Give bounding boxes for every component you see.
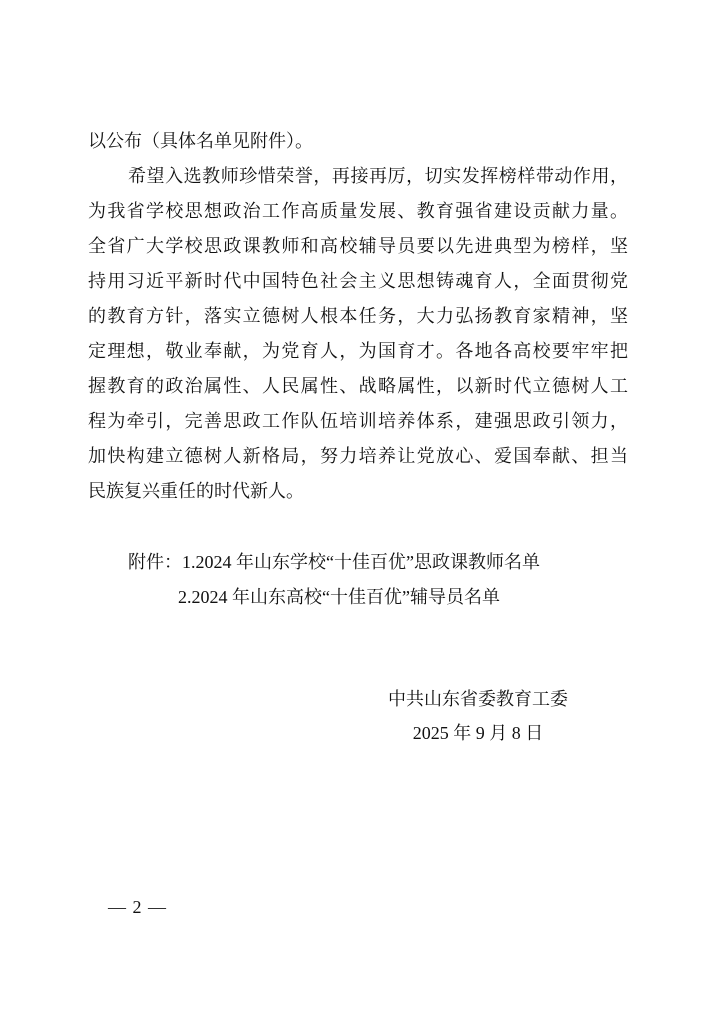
body-line: 以公布（具体名单见附件）。 — [88, 124, 628, 159]
body-line: 持用习近平新时代中国特色社会主义思想铸魂育人，全面贯彻党 — [88, 264, 628, 299]
body-line: 全省广大学校思政课教师和高校辅导员要以先进典型为榜样，坚 — [88, 229, 628, 264]
signature-block: 中共山东省委教育工委 2025 年 9 月 8 日 — [368, 682, 588, 750]
body-line: 希望入选教师珍惜荣誉，再接再厉，切实发挥榜样带动作用， — [88, 159, 628, 194]
body-line: 定理想，敬业奉献，为党育人，为国育才。各地各高校要牢牢把 — [88, 334, 628, 369]
body-line: 加快构建立德树人新格局，努力培养让党放心、爱国奉献、担当 — [88, 439, 628, 474]
page-number: — 2 — — [108, 896, 167, 918]
document-page: 以公布（具体名单见附件）。希望入选教师珍惜荣誉，再接再厉，切实发挥榜样带动作用，… — [0, 0, 713, 1009]
body-line: 为我省学校思想政治工作高质量发展、教育强省建设贡献力量。 — [88, 194, 628, 229]
document-body: 以公布（具体名单见附件）。希望入选教师珍惜荣誉，再接再厉，切实发挥榜样带动作用，… — [88, 124, 628, 509]
body-line: 的教育方针，落实立德树人根本任务，大力弘扬教育家精神，坚 — [88, 299, 628, 334]
signature-org: 中共山东省委教育工委 — [368, 682, 588, 716]
body-line: 程为牵引，完善思政工作队伍培训培养体系，建强思政引领力， — [88, 404, 628, 439]
body-line: 握教育的政治属性、人民属性、战略属性，以新时代立德树人工 — [88, 369, 628, 404]
attachment-item-2: 2.2024 年山东高校“十佳百优”辅导员名单 — [128, 580, 540, 615]
signature-date: 2025 年 9 月 8 日 — [368, 716, 588, 750]
attachment-item-1: 附件：1.2024 年山东学校“十佳百优”思政课教师名单 — [128, 545, 540, 580]
attachment-list: 附件：1.2024 年山东学校“十佳百优”思政课教师名单 2.2024 年山东高… — [128, 545, 540, 615]
body-line: 民族复兴重任的时代新人。 — [88, 474, 628, 509]
